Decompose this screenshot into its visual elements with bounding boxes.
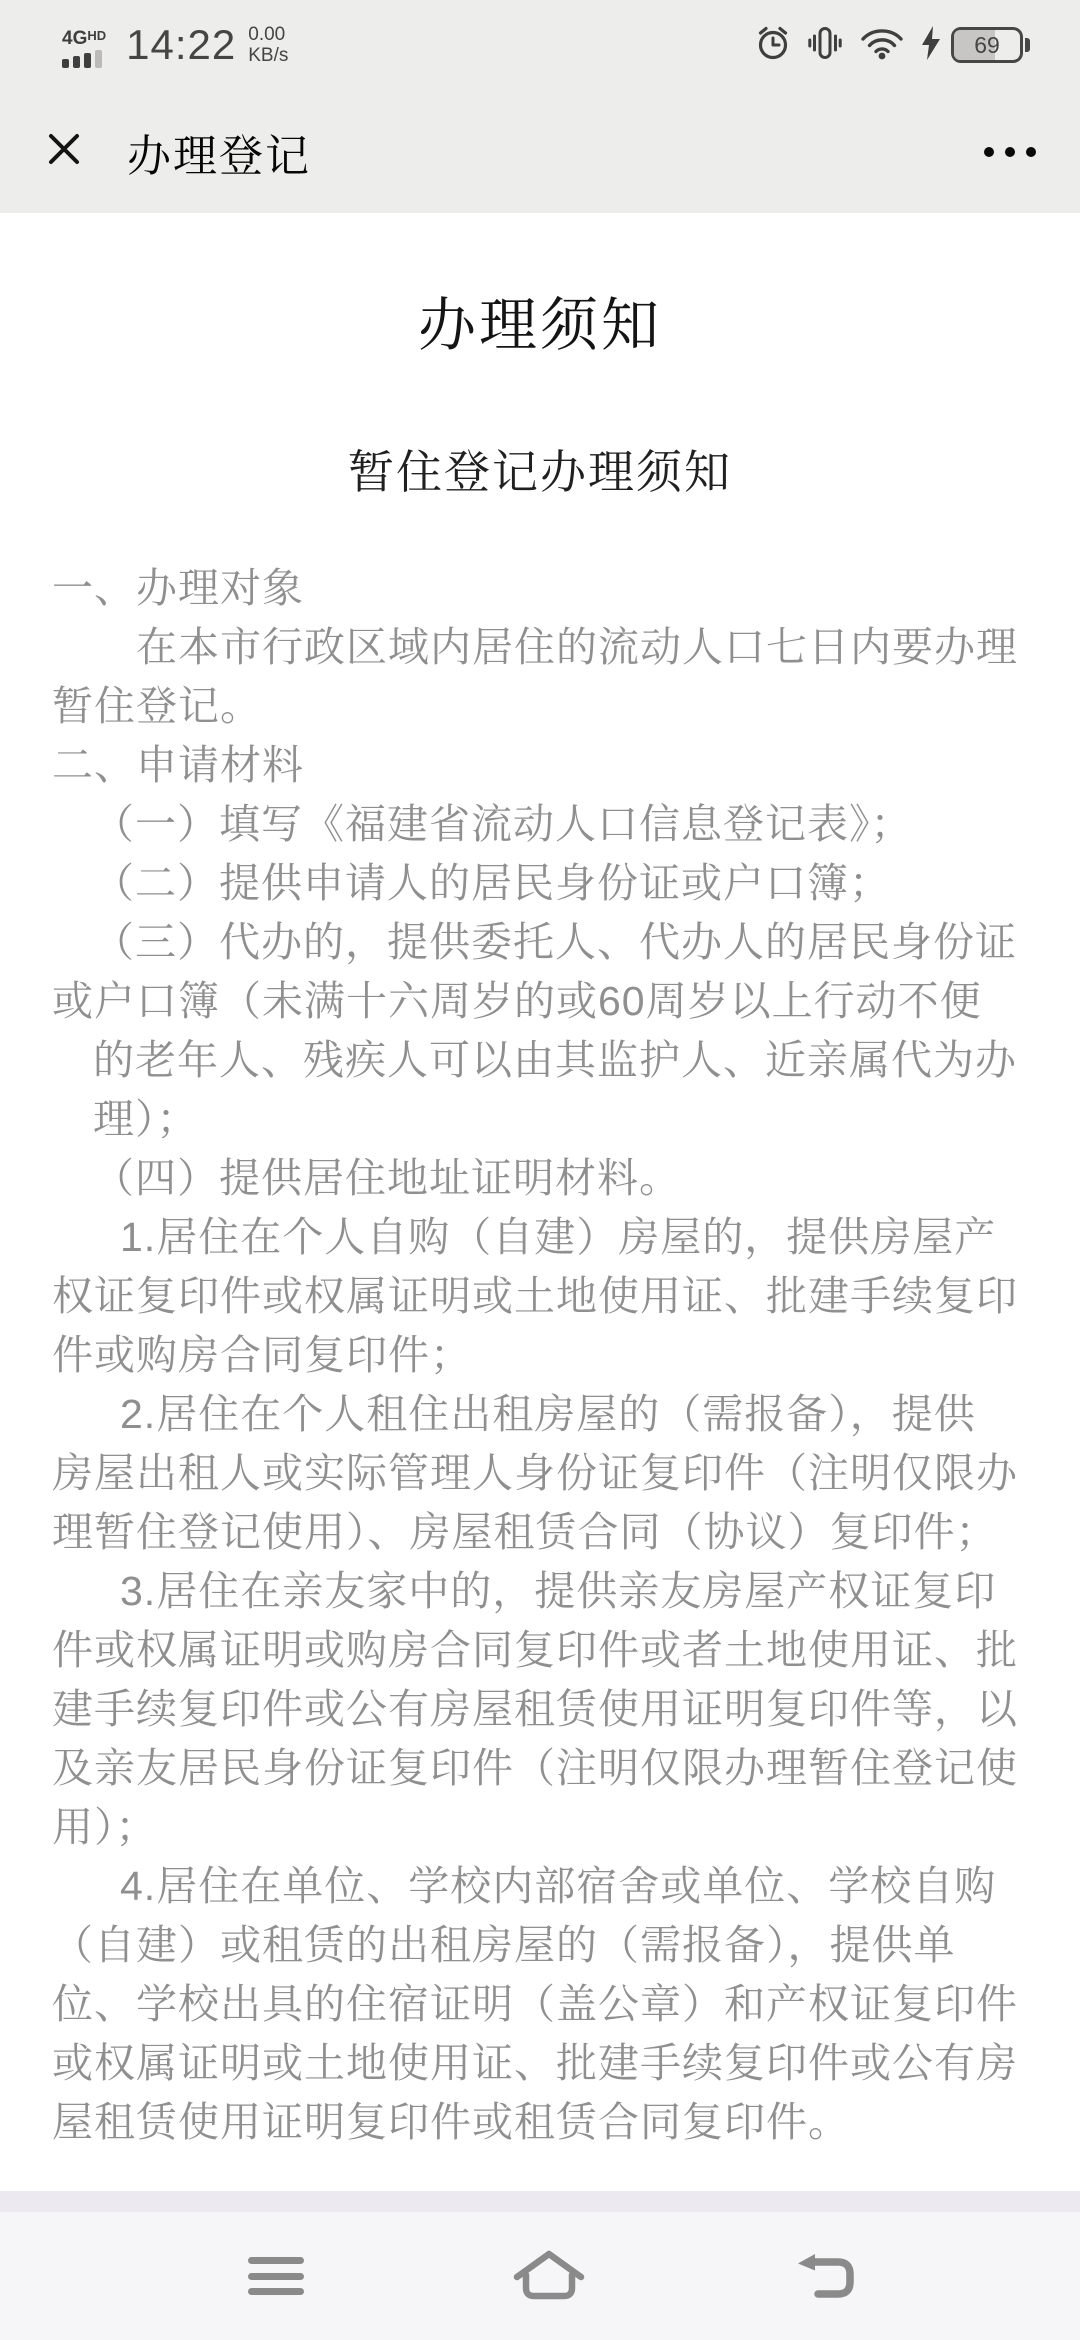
body-line: 权证复印件或权属证明或土地使用证、批建手续复印 <box>52 1267 1080 1326</box>
status-time: 14:22 <box>126 21 236 69</box>
network-type-label: 4GHD <box>62 27 106 47</box>
body-line: 房屋出租人或实际管理人身份证复印件（注明仅限办 <box>52 1444 1080 1503</box>
body-line: 或户口簿（未满十六周岁的或60周岁以上行动不便 <box>52 972 1080 1031</box>
body-line: 一、办理对象 <box>52 559 1080 618</box>
menu-icon <box>248 2273 304 2280</box>
body-line: （二）提供申请人的居民身份证或户口簿； <box>52 854 1080 913</box>
battery-percent: 69 <box>974 32 1000 59</box>
more-button[interactable] <box>984 139 1036 165</box>
back-button[interactable] <box>797 2255 857 2301</box>
body-line: 屋租赁使用证明复印件或租赁合同复印件。 <box>52 2093 1080 2152</box>
body-line: （自建）或租赁的出租房屋的（需报备），提供单 <box>52 1916 1080 1975</box>
battery-nub <box>1025 38 1030 52</box>
navigation-bar <box>0 2212 1080 2340</box>
network-speed-unit: KB/s <box>248 45 288 66</box>
network-speed: 0.00 KB/s <box>248 24 288 66</box>
body-line: 件或购房合同复印件； <box>52 1326 1080 1385</box>
signal-bar <box>62 59 69 68</box>
network-4g-label: 4G <box>62 28 87 49</box>
body-line: 或权属证明或土地使用证、批建手续复印件或公有房 <box>52 2034 1080 2093</box>
network-speed-value: 0.00 <box>248 24 288 45</box>
vibrate-icon <box>808 25 842 66</box>
body-line: 及亲友居民身份证复印件（注明仅限办理暂住登记使 <box>52 1739 1080 1798</box>
body-line: 建手续复印件或公有房屋租赁使用证明复印件等，以 <box>52 1680 1080 1739</box>
notice-content: 办理须知 暂住登记办理须知 一、办理对象在本市行政区域内居住的流动人口七日内要办… <box>0 213 1080 2191</box>
menu-icon <box>248 2257 304 2264</box>
signal-bar <box>95 50 102 68</box>
body-line: 1.居住在个人自购（自建）房屋的，提供房屋产 <box>52 1208 1080 1267</box>
body-line: 理）； <box>52 1090 1080 1149</box>
body-line: 的老年人、残疾人可以由其监护人、近亲属代为办 <box>52 1031 1080 1090</box>
page-title: 办理登记 <box>127 120 311 184</box>
home-button[interactable] <box>512 2252 586 2302</box>
body-line: 2.居住在个人租住出租房屋的（需报备），提供 <box>52 1385 1080 1444</box>
wifi-icon <box>859 25 905 65</box>
signal-bars-icon <box>62 50 102 68</box>
charging-bolt-icon <box>922 26 940 65</box>
body-line: 理暂住登记使用）、房屋租赁合同（协议）复印件； <box>52 1503 1080 1562</box>
signal-bar <box>73 56 80 68</box>
body-line: 3.居住在亲友家中的，提供亲友房屋产权证复印 <box>52 1562 1080 1621</box>
notice-heading: 办理须知 <box>0 297 1080 355</box>
alarm-icon <box>755 25 791 66</box>
body-line: 件或权属证明或购房合同复印件或者土地使用证、批 <box>52 1621 1080 1680</box>
body-line: 暂住登记。 <box>52 677 1080 736</box>
battery-icon: 69 <box>951 27 1030 63</box>
cellular-signal: 4GHD <box>62 27 106 68</box>
back-icon <box>797 2253 857 2304</box>
body-line: 用）； <box>52 1798 1080 1857</box>
body-line: （四）提供居住地址证明材料。 <box>52 1149 1080 1208</box>
close-icon <box>45 130 83 173</box>
body-line: 位、学校出具的住宿证明（盖公章）和产权证复印件 <box>52 1975 1080 2034</box>
body-line: 在本市行政区域内居住的流动人口七日内要办理 <box>52 618 1080 677</box>
status-bar: 4GHD 14:22 0.00 KB/s <box>0 0 1080 90</box>
body-line: （一）填写《福建省流动人口信息登记表》； <box>52 795 1080 854</box>
close-button[interactable] <box>45 133 83 171</box>
signal-bar <box>84 53 91 68</box>
body-line: 4.居住在单位、学校内部宿舍或单位、学校自购 <box>52 1857 1080 1916</box>
more-icon <box>1026 147 1036 157</box>
title-bar: 办理登记 <box>0 90 1080 213</box>
network-hd-badge: HD <box>87 28 106 43</box>
recents-button[interactable] <box>248 2257 304 2295</box>
body-line: 二、申请材料 <box>52 736 1080 795</box>
more-icon <box>984 147 994 157</box>
notice-subheading: 暂住登记办理须知 <box>0 449 1080 495</box>
nav-divider <box>0 2191 1080 2212</box>
menu-icon <box>248 2288 304 2295</box>
body-line: （三）代办的，提供委托人、代办人的居民身份证 <box>52 913 1080 972</box>
body-text: 一、办理对象在本市行政区域内居住的流动人口七日内要办理暂住登记。二、申请材料（一… <box>0 559 1080 2152</box>
home-icon <box>512 2250 586 2305</box>
more-icon <box>1005 147 1015 157</box>
phone-screen: 4GHD 14:22 0.00 KB/s <box>0 0 1080 2340</box>
